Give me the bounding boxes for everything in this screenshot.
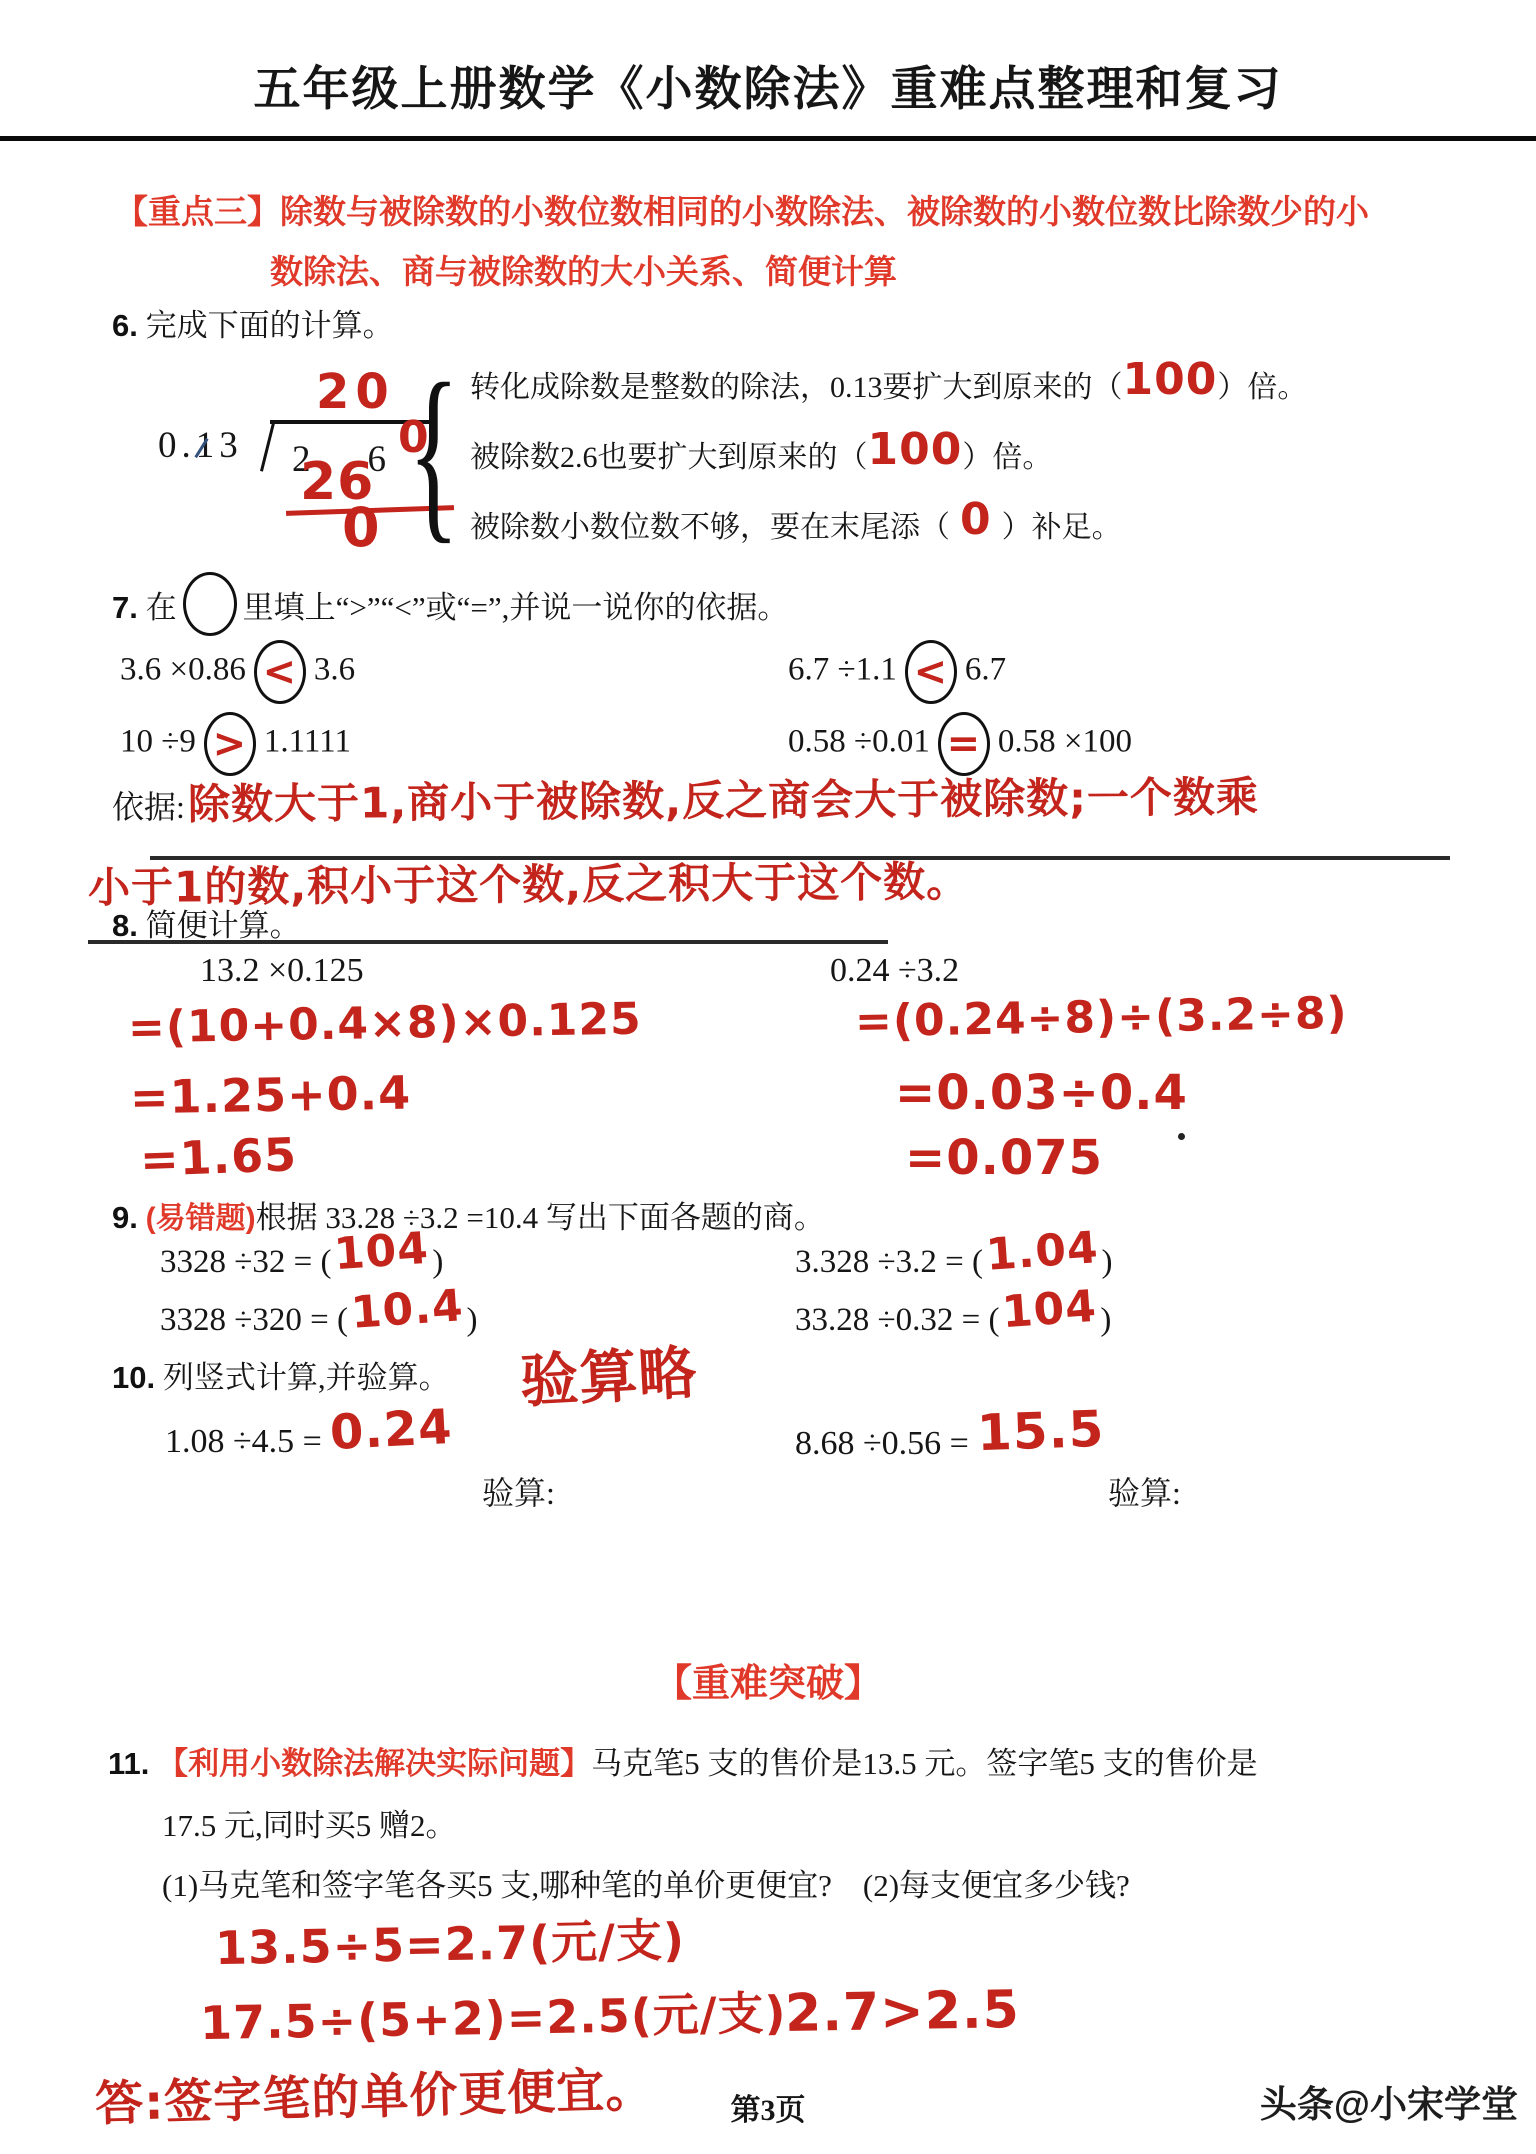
q6-note-1-post: ）倍。 <box>1217 362 1307 406</box>
stray-dot <box>1178 1133 1185 1140</box>
q9-item: 33.28 ÷0.32 = (104) <box>795 1302 1111 1339</box>
q9-item: 3.328 ÷3.2 = (1.04) <box>795 1244 1113 1281</box>
question-7: 7. 在里填上“>”“<”或“=”,并说一说你的依据。 <box>112 572 788 636</box>
cmp-left: 6.7 ÷1.1 <box>788 652 897 688</box>
q8-left-work-1: =(10+0.4×8)×0.125 <box>128 994 642 1054</box>
q9-expression: 3.328 ÷3.2 = ( <box>795 1244 983 1280</box>
q6-text: 完成下面的计算。 <box>146 308 394 343</box>
q6-note-3: 被除数小数位数不够，要在末尾添（0）补足。 <box>470 502 1122 546</box>
worksheet-page: 五年级上册数学《小数除法》重难点整理和复习 【重点三】除数与被除数的小数位数相同… <box>0 0 1536 2154</box>
q10-right-expression: 8.68 ÷0.56 = <box>795 1425 969 1462</box>
question-6: 6. 完成下面的计算。 <box>112 300 394 345</box>
q9-close-paren: ) <box>432 1244 443 1280</box>
comparison-row: 3.6 ×0.86<3.6 <box>120 640 355 704</box>
page-number-text: 第3页 <box>731 2094 806 2127</box>
q6-note-3-post: ）补足。 <box>1002 502 1122 546</box>
q8-right-work-3: =0.075 <box>905 1130 1103 1186</box>
q9-item: 3328 ÷32 = (104) <box>160 1244 443 1281</box>
q6-note-1: 转化成除数是整数的除法，0.13要扩大到原来的（100）倍。 <box>470 362 1307 406</box>
section-text-1: 除数与被除数的小数位数相同的小数除法、被除数的小数位数比除数少的小 <box>280 193 1369 230</box>
comparison-row: 6.7 ÷1.1<6.7 <box>788 640 1006 704</box>
page-title: 五年级上册数学《小数除法》重难点整理和复习 <box>0 52 1536 119</box>
q10-right-answer: 15.5 <box>976 1400 1105 1462</box>
answer-circle: > <box>204 712 256 776</box>
q8-left-work-2: =1.25+0.4 <box>130 1066 412 1125</box>
q7-text-post: 里填上“>”“<”或“=”,并说一说你的依据。 <box>243 590 789 625</box>
division-remainder: 0 <box>342 496 381 559</box>
q9-close-paren: ) <box>467 1302 478 1338</box>
q7-text-pre: 在 <box>146 590 177 625</box>
basis-label: 依据: <box>112 782 185 828</box>
q9-answer: 1.04 <box>985 1238 1099 1266</box>
title-divider <box>0 136 1536 141</box>
watermark: 头条@小宋学堂 <box>1260 2074 1518 2128</box>
curly-brace: { <box>408 352 459 552</box>
q10-hand-note: 验算略 <box>518 1325 699 1418</box>
q9-item: 3328 ÷320 = (10.4) <box>160 1302 478 1339</box>
section-heading-line2: 数除法、商与被除数的大小关系、简便计算 <box>270 252 897 293</box>
q9-expression: 33.28 ÷0.32 = ( <box>795 1302 999 1338</box>
q10-text: 列竖式计算,并验算。 <box>163 1360 450 1395</box>
cmp-right: 3.6 <box>314 652 355 688</box>
blank-circle-glyph <box>183 572 237 636</box>
basis-line-1: 除数大于1,商小于被除数,反之商会大于被除数;一个数乘 <box>188 764 1259 831</box>
question-9: 9. (易错题)根据 33.28 ÷3.2 =10.4 写出下面各题的商。 <box>112 1192 825 1237</box>
q9-answer: 104 <box>1002 1297 1098 1324</box>
question-11-line1: 11. 【利用小数除法解决实际问题】马克笔5 支的售价是13.5 元。签字笔5 … <box>108 1738 1258 1783</box>
q11-work-2: 17.5÷(5+2)=2.5(元/支) <box>199 1977 787 2053</box>
cmp-symbol: = <box>947 721 982 767</box>
q6-note-1-answer: 100 <box>1123 365 1218 395</box>
comparison-row: 10 ÷9>1.1111 <box>120 712 351 776</box>
q6-note-2: 被除数2.6也要扩大到原来的（100）倍。 <box>470 432 1052 476</box>
q6-note-2-post: ）倍。 <box>962 432 1052 476</box>
division-quotient: 20 <box>316 364 395 420</box>
q8-left-expression: 13.2 ×0.125 <box>200 952 364 990</box>
q10-check-label-left: 验算: <box>482 1468 555 1514</box>
q8-number: 8. <box>112 908 138 943</box>
q9-answer: 104 <box>334 1239 430 1266</box>
q6-number: 6. <box>112 308 138 343</box>
q10-right-equation: 8.68 ÷0.56 = 15.5 <box>795 1408 1105 1466</box>
q8-right-expression: 0.24 ÷3.2 <box>830 952 959 990</box>
question-10: 10. 列竖式计算,并验算。 <box>112 1352 450 1397</box>
q11-comparison: 2.7>2.5 <box>784 1980 1020 2044</box>
question-11-line2: 17.5 元,同时买5 赠2。 <box>162 1800 457 1845</box>
q9-answer: 10.4 <box>350 1296 464 1324</box>
section-label: 【重点三】 <box>115 193 280 230</box>
q11-work-1: 13.5÷5=2.7(元/支) <box>214 1904 685 1978</box>
q10-number: 10. <box>112 1360 155 1395</box>
cmp-symbol: > <box>213 721 248 767</box>
q8-right-work-1: =(0.24÷8)÷(3.2÷8) <box>855 988 1348 1048</box>
cmp-left: 3.6 ×0.86 <box>120 652 246 688</box>
q9-expression: 3328 ÷32 = ( <box>160 1244 331 1280</box>
q10-left-equation: 1.08 ÷4.5 = 0.24 <box>165 1408 453 1464</box>
q11-tag: 【利用小数除法解决实际问题】 <box>157 1746 591 1781</box>
cmp-right: 6.7 <box>965 652 1006 688</box>
breakthrough-heading-text: 【重难突破】 <box>654 1663 882 1705</box>
cmp-right: 1.1111 <box>264 724 351 760</box>
cmp-symbol: < <box>914 649 949 695</box>
q10-left-expression: 1.08 ÷4.5 = <box>165 1423 322 1460</box>
cmp-symbol: < <box>263 649 298 695</box>
q6-note-2-pre: 被除数2.6也要扩大到原来的（ <box>470 432 868 476</box>
cmp-right: 0.58 ×100 <box>998 724 1132 760</box>
q10-left-answer: 0.24 <box>329 1399 454 1461</box>
q6-note-3-answer: 0 <box>960 505 992 535</box>
question-11-line3: (1)马克笔和签字笔各买5 支,哪种笔的单价更便宜? (2)每支便宜多少钱? <box>162 1860 1130 1905</box>
section-heading-line1: 【重点三】除数与被除数的小数位数相同的小数除法、被除数的小数位数比除数少的小 <box>115 192 1369 233</box>
q8-text: 简便计算。 <box>146 908 301 943</box>
cmp-left: 0.58 ÷0.01 <box>788 724 930 760</box>
cmp-left: 10 ÷9 <box>120 724 196 760</box>
question-8: 8. 简便计算。 <box>112 900 301 945</box>
q8-right-work-2: =0.03÷0.4 <box>895 1065 1188 1121</box>
q8-left-work-3: =1.65 <box>139 1127 298 1186</box>
q11-number: 11. <box>108 1746 149 1781</box>
q10-check-label-right: 验算: <box>1108 1468 1181 1514</box>
section-text-2: 数除法、商与被除数的大小关系、简便计算 <box>270 253 897 290</box>
answer-circle: < <box>254 640 306 704</box>
q9-number: 9. <box>112 1200 138 1235</box>
answer-circle: < <box>905 640 957 704</box>
q6-note-1-pre: 转化成除数是整数的除法，0.13要扩大到原来的（ <box>470 362 1123 406</box>
q6-note-2-answer: 100 <box>868 435 963 465</box>
q9-close-paren: ) <box>1100 1302 1111 1338</box>
q6-note-3-pre: 被除数小数位数不够，要在末尾添（ <box>470 502 950 546</box>
division-bracket-slant <box>260 422 275 471</box>
q9-expression: 3328 ÷320 = ( <box>160 1302 348 1338</box>
q7-number: 7. <box>112 590 138 625</box>
q11-text-1: 马克笔5 支的售价是13.5 元。签字笔5 支的售价是 <box>591 1746 1258 1781</box>
q9-tag: (易错题) <box>146 1202 256 1235</box>
q9-close-paren: ) <box>1102 1244 1113 1280</box>
breakthrough-heading: 【重难突破】 <box>0 1652 1536 1707</box>
